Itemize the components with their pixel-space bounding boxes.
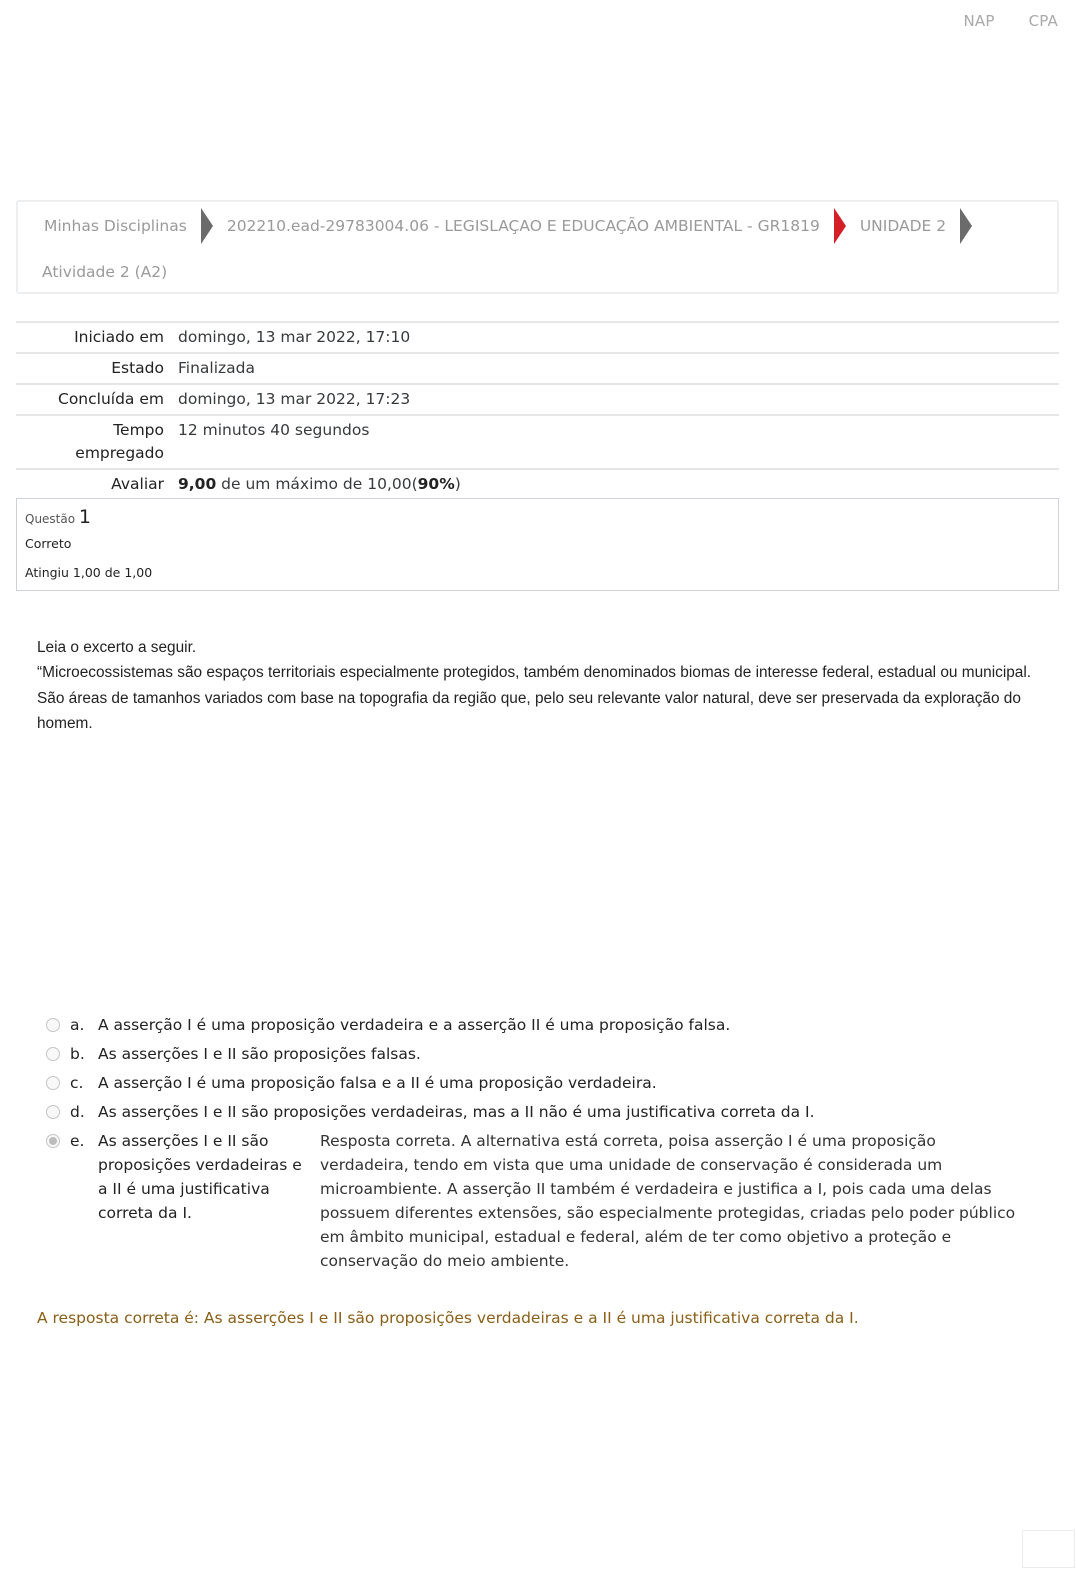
- right-answer: A resposta correta é: As asserções I e I…: [37, 1309, 859, 1327]
- chevron-right-icon: [960, 208, 972, 244]
- answer-options: a. A asserção I é uma proposição verdade…: [46, 1013, 1036, 1273]
- question-state: Correto: [25, 536, 71, 551]
- breadcrumb-item-unidade[interactable]: UNIDADE 2: [860, 217, 946, 235]
- summary-label: Tempoempregado: [16, 415, 172, 469]
- question-grade: Atingiu 1,00 de 1,00: [25, 565, 152, 580]
- top-nav: NAP CPA: [963, 12, 1058, 30]
- summary-grade: 9,00 de um máximo de 10,00(90%): [172, 469, 1059, 499]
- radio-button[interactable]: [46, 1076, 60, 1090]
- question-info: Questão 1 Correto Atingiu 1,00 de 1,00: [16, 498, 1059, 591]
- radio-button-checked[interactable]: [46, 1134, 60, 1148]
- summary-row: Tempoempregado 12 minutos 40 segundos: [16, 415, 1059, 469]
- radio-button[interactable]: [46, 1018, 60, 1032]
- radio-button[interactable]: [46, 1105, 60, 1119]
- summary-value: domingo, 13 mar 2022, 17:10: [172, 322, 1059, 353]
- summary-row: Iniciado em domingo, 13 mar 2022, 17:10: [16, 322, 1059, 353]
- summary-value: domingo, 13 mar 2022, 17:23: [172, 384, 1059, 415]
- answer-option-c[interactable]: c. A asserção I é uma proposição falsa e…: [46, 1071, 1036, 1100]
- radio-button[interactable]: [46, 1047, 60, 1061]
- summary-row: Estado Finalizada: [16, 353, 1059, 384]
- breadcrumb-item-minhas-disciplinas[interactable]: Minhas Disciplinas: [44, 217, 187, 235]
- summary-row: Avaliar 9,00 de um máximo de 10,00(90%): [16, 469, 1059, 499]
- scroll-to-top-button[interactable]: [1022, 1530, 1075, 1568]
- summary-value: Finalizada: [172, 353, 1059, 384]
- answer-feedback: Resposta correta. A alternativa está cor…: [320, 1129, 1020, 1273]
- nav-link-cpa[interactable]: CPA: [1029, 12, 1058, 30]
- summary-row: Concluída em domingo, 13 mar 2022, 17:23: [16, 384, 1059, 415]
- chevron-right-icon: [834, 208, 846, 244]
- nav-link-nap[interactable]: NAP: [963, 12, 994, 30]
- answer-option-b[interactable]: b. As asserções I e II são proposições f…: [46, 1042, 1036, 1071]
- summary-label: Estado: [16, 353, 172, 384]
- grade-value: 9,00: [178, 475, 216, 493]
- breadcrumb: Minhas Disciplinas 202210.ead-29783004.0…: [16, 200, 1059, 294]
- summary-label: Concluída em: [16, 384, 172, 415]
- summary-label: Iniciado em: [16, 322, 172, 353]
- answer-option-a[interactable]: a. A asserção I é uma proposição verdade…: [46, 1013, 1036, 1042]
- grade-percent: 90%: [418, 475, 455, 493]
- grade-end: ): [455, 475, 461, 493]
- summary-label: Avaliar: [16, 469, 172, 499]
- question-text: Leia o excerto a seguir. “Microecossiste…: [37, 635, 1047, 736]
- chevron-right-icon: [201, 208, 213, 244]
- answer-option-e[interactable]: e. As asserções I e II são proposições v…: [46, 1129, 1036, 1273]
- summary-value: 12 minutos 40 segundos: [172, 415, 1059, 469]
- grade-max-text: de um máximo de 10,00(: [216, 475, 417, 493]
- attempt-summary: Iniciado em domingo, 13 mar 2022, 17:10 …: [16, 321, 1059, 499]
- breadcrumb-item-course[interactable]: 202210.ead-29783004.06 - LEGISLAÇAO E ED…: [227, 217, 820, 235]
- question-number: Questão 1: [25, 506, 91, 528]
- answer-option-d[interactable]: d. As asserções I e II são proposições v…: [46, 1100, 1036, 1129]
- breadcrumb-item-atividade[interactable]: Atividade 2 (A2): [42, 263, 167, 281]
